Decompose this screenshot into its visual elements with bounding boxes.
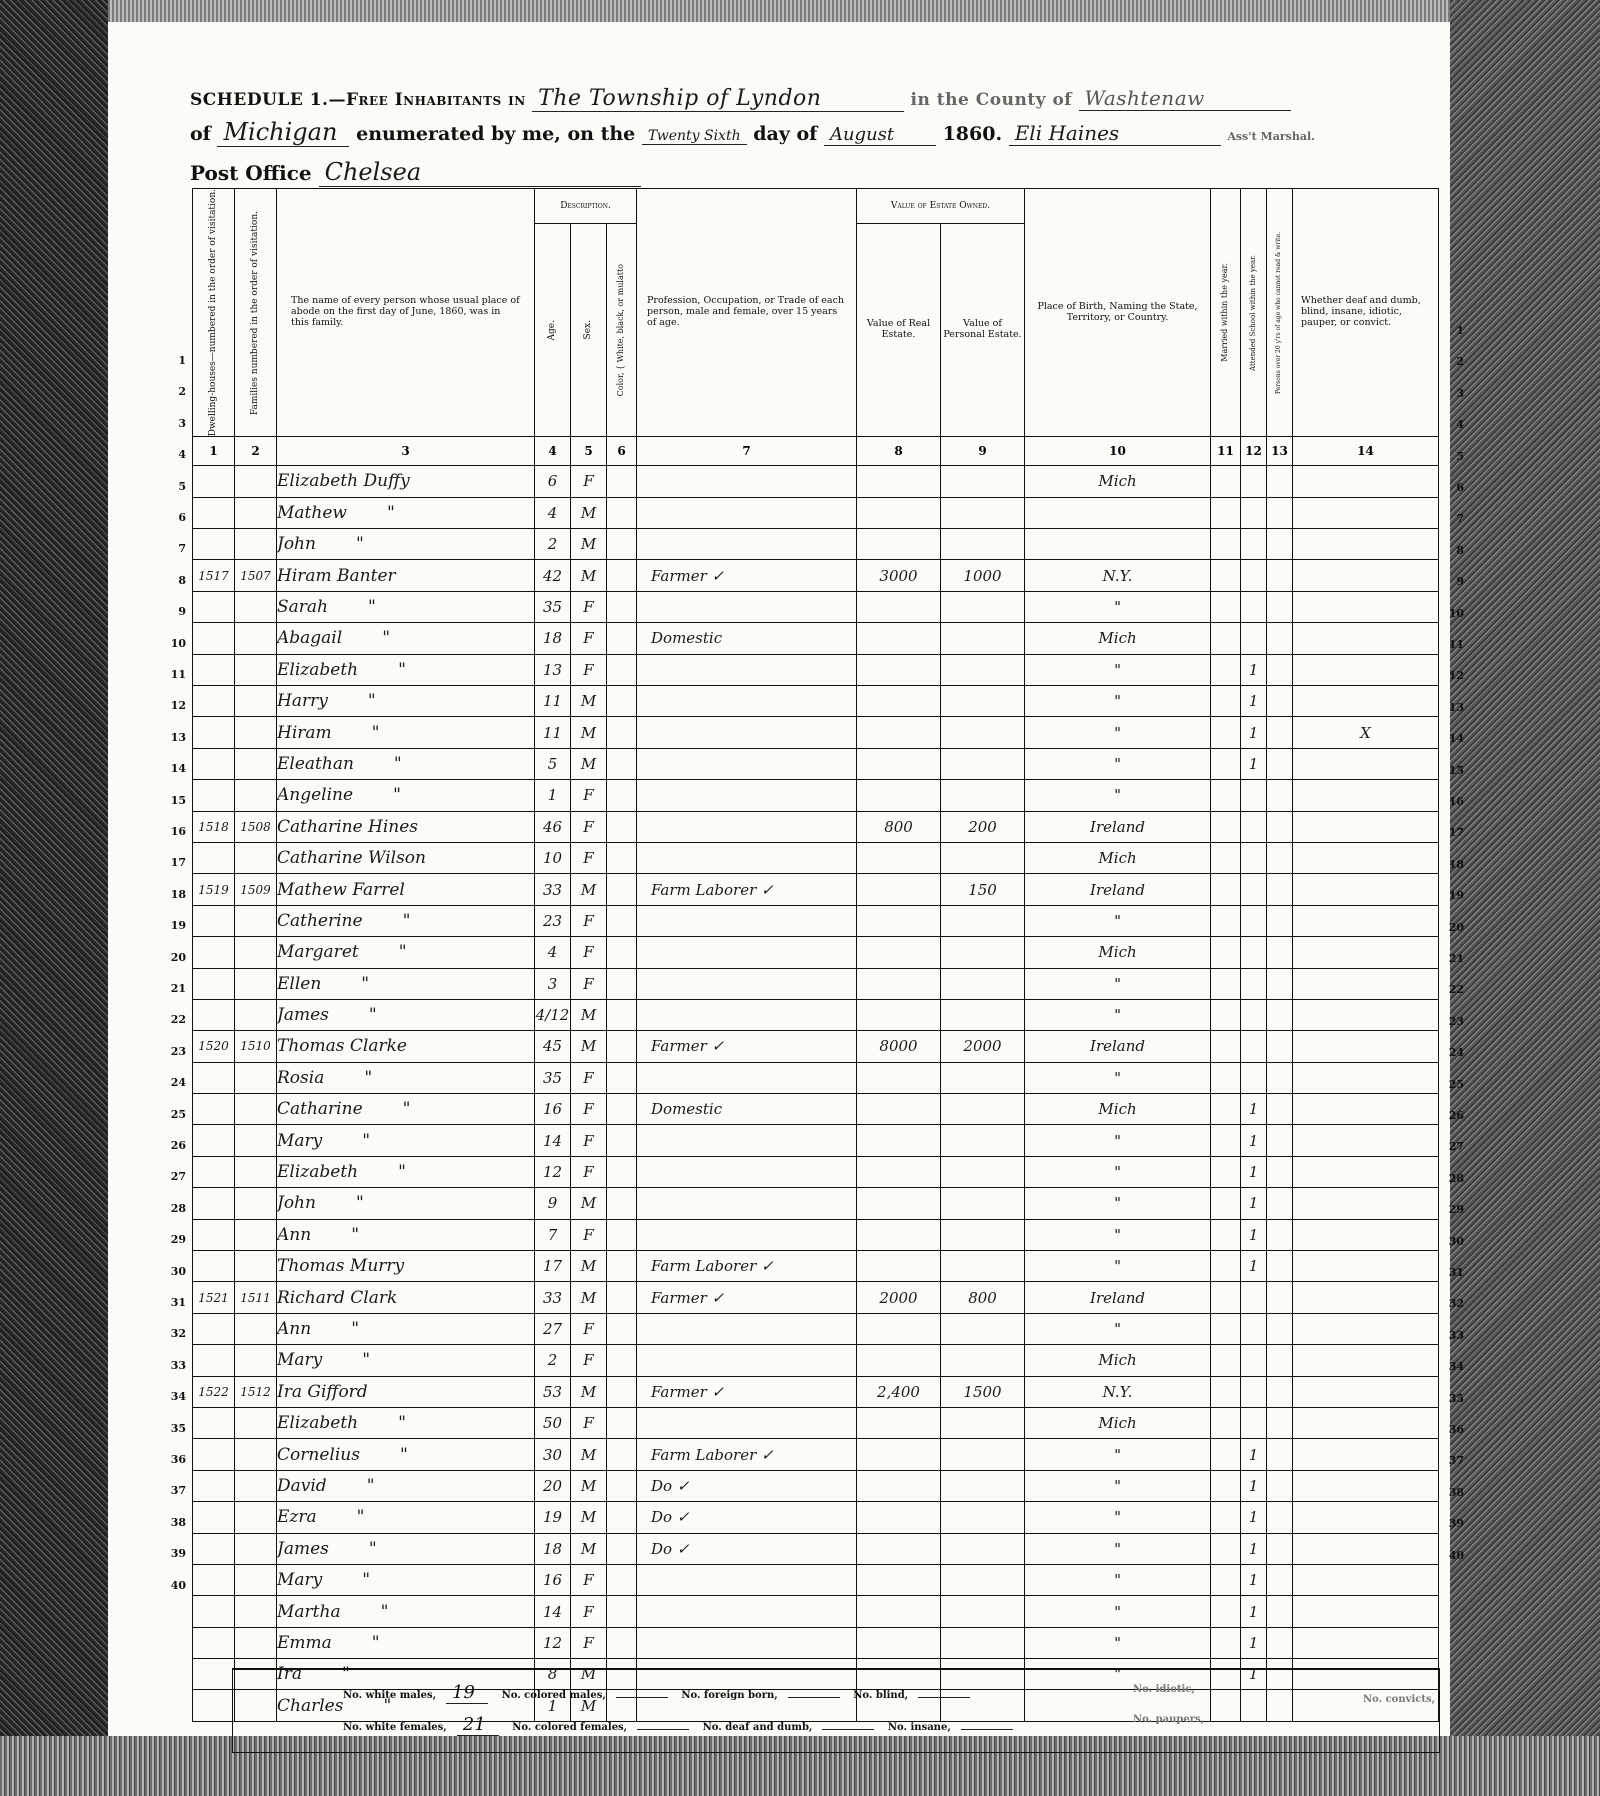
- name-text: Mary: [277, 1350, 322, 1370]
- dwelling-number: 1517: [193, 560, 235, 591]
- right-line-number: 17: [1446, 826, 1464, 839]
- family-number: [235, 1251, 277, 1282]
- color: [607, 968, 637, 999]
- real-estate-value: [857, 842, 941, 873]
- line-number: 24: [168, 1076, 186, 1089]
- name-text: Angeline: [277, 785, 353, 805]
- col-number: 13: [1267, 437, 1293, 466]
- ditto-mark: ": [364, 1068, 372, 1088]
- col-real-estate-header: Value of Real Estate.: [857, 224, 941, 437]
- right-line-number: 21: [1446, 952, 1464, 965]
- dwelling-number: [193, 1627, 235, 1658]
- disability-flag: [1293, 968, 1439, 999]
- person-name: Mary": [277, 1125, 535, 1156]
- sex: F: [571, 780, 607, 811]
- name-text: Elizabeth: [277, 1162, 358, 1182]
- dwelling-number: [193, 717, 235, 748]
- table-row: Mary"2FMich: [193, 1345, 1439, 1376]
- age: 16: [535, 1094, 571, 1125]
- married-flag: [1211, 1596, 1241, 1627]
- occupation: Farm Laborer ✓: [637, 874, 857, 905]
- disability-flag: [1293, 811, 1439, 842]
- dwelling-number: 1518: [193, 811, 235, 842]
- table-row: Ellen"3F": [193, 968, 1439, 999]
- married-flag: [1211, 968, 1241, 999]
- person-name: Ira Gifford: [277, 1376, 535, 1407]
- ditto-mark: ": [368, 597, 376, 617]
- school-flag: [1241, 874, 1267, 905]
- school-flag: 1: [1241, 1439, 1267, 1470]
- age: 30: [535, 1439, 571, 1470]
- table-row: Mathew"4M: [193, 497, 1439, 528]
- married-flag: [1211, 1439, 1241, 1470]
- occupation: [637, 1627, 857, 1658]
- right-line-number: 5: [1446, 450, 1464, 463]
- married-flag: [1211, 780, 1241, 811]
- color: [607, 937, 637, 968]
- dwelling-number: [193, 780, 235, 811]
- right-line-number: 8: [1446, 544, 1464, 557]
- person-name: Martha": [277, 1596, 535, 1627]
- enumerated-label: enumerated by me, on the: [356, 123, 635, 145]
- school-flag: [1241, 623, 1267, 654]
- col-illiterate-header: Persons over 20 y'rs of age who cannot r…: [1267, 189, 1293, 437]
- person-name: Mathew Farrel: [277, 874, 535, 905]
- illiterate-flag: [1267, 1188, 1293, 1219]
- age: 50: [535, 1407, 571, 1438]
- col-number: 1: [193, 437, 235, 466]
- name-text: Ellen: [277, 974, 321, 994]
- illiterate-flag: [1267, 1407, 1293, 1438]
- occupation: [637, 748, 857, 779]
- dwelling-number: [193, 905, 235, 936]
- right-line-number: 18: [1446, 858, 1464, 871]
- family-number: [235, 1596, 277, 1627]
- occupation: Domestic: [637, 623, 857, 654]
- insane-value: [961, 1729, 1013, 1730]
- person-name: Hiram": [277, 717, 535, 748]
- table-row: Catharine"16FDomesticMich1: [193, 1094, 1439, 1125]
- ditto-mark: ": [368, 691, 376, 711]
- school-flag: 1: [1241, 685, 1267, 716]
- personal-estate-value: [941, 1470, 1025, 1501]
- birthplace: Mich: [1025, 1407, 1211, 1438]
- real-estate-value: [857, 1345, 941, 1376]
- ditto-mark: ": [381, 1602, 389, 1622]
- married-flag: [1211, 466, 1241, 497]
- sex: M: [571, 1439, 607, 1470]
- color: [607, 654, 637, 685]
- name-text: Ezra: [277, 1507, 317, 1527]
- summary-footer: No. white males,19 No. colored males, No…: [232, 1668, 1440, 1753]
- illiterate-flag: [1267, 1470, 1293, 1501]
- table-row: Mary"14F"1: [193, 1125, 1439, 1156]
- dwelling-number: [193, 999, 235, 1030]
- ditto-mark: ": [394, 754, 402, 774]
- white-males-value: 19: [446, 1682, 488, 1704]
- colored-males-value: [616, 1697, 668, 1698]
- disability-flag: [1293, 780, 1439, 811]
- birthplace: Ireland: [1025, 1031, 1211, 1062]
- sex: F: [571, 968, 607, 999]
- name-text: Abagail: [277, 628, 342, 648]
- age: 1: [535, 780, 571, 811]
- occupation: [637, 1156, 857, 1187]
- line-number: 6: [168, 511, 186, 524]
- occupation: [637, 685, 857, 716]
- census-rows: Elizabeth Duffy6FMichMathew"4MJohn"2M151…: [193, 466, 1439, 1722]
- line-number: 33: [168, 1359, 186, 1372]
- personal-estate-value: 800: [941, 1282, 1025, 1313]
- color: [607, 874, 637, 905]
- person-name: John": [277, 1188, 535, 1219]
- right-line-number: 37: [1446, 1454, 1464, 1467]
- illiterate-flag: [1267, 1125, 1293, 1156]
- scan-border-right: [1450, 0, 1600, 1796]
- person-name: Rosia": [277, 1062, 535, 1093]
- family-number: [235, 623, 277, 654]
- family-number: [235, 1125, 277, 1156]
- birthplace: Ireland: [1025, 874, 1211, 905]
- school-flag: [1241, 905, 1267, 936]
- birthplace: N.Y.: [1025, 560, 1211, 591]
- dwelling-number: [193, 623, 235, 654]
- line-number: 16: [168, 825, 186, 838]
- name-text: Catharine Wilson: [277, 848, 426, 868]
- birthplace: Mich: [1025, 842, 1211, 873]
- col-number: 8: [857, 437, 941, 466]
- married-flag: [1211, 591, 1241, 622]
- age: 33: [535, 1282, 571, 1313]
- color: [607, 999, 637, 1030]
- age: 17: [535, 1251, 571, 1282]
- post-office-field: Chelsea: [319, 158, 641, 187]
- age: 4/12: [535, 999, 571, 1030]
- personal-estate-value: [941, 1188, 1025, 1219]
- family-number: [235, 999, 277, 1030]
- birthplace: ": [1025, 1439, 1211, 1470]
- right-line-number: 9: [1446, 575, 1464, 588]
- insane-label: No. insane,: [888, 1722, 951, 1733]
- ditto-mark: ": [367, 1476, 375, 1496]
- school-flag: 1: [1241, 1251, 1267, 1282]
- name-text: Ann: [277, 1225, 311, 1245]
- line-number: 30: [168, 1265, 186, 1278]
- sex: M: [571, 874, 607, 905]
- sex: F: [571, 466, 607, 497]
- color: [607, 811, 637, 842]
- name-text: Hiram: [277, 723, 332, 743]
- school-flag: [1241, 560, 1267, 591]
- age: 4: [535, 497, 571, 528]
- personal-estate-value: 2000: [941, 1031, 1025, 1062]
- personal-estate-value: [941, 1407, 1025, 1438]
- right-line-number: 15: [1446, 764, 1464, 777]
- illiterate-flag: [1267, 685, 1293, 716]
- real-estate-value: [857, 1156, 941, 1187]
- dwelling-number: 1522: [193, 1376, 235, 1407]
- name-text: Elizabeth: [277, 1413, 358, 1433]
- color: [607, 1313, 637, 1344]
- married-flag: [1211, 1062, 1241, 1093]
- occupation: [637, 654, 857, 685]
- name-text: Eleathan: [277, 754, 354, 774]
- family-number: 1510: [235, 1031, 277, 1062]
- personal-estate-value: [941, 1062, 1025, 1093]
- right-line-number: 2: [1446, 355, 1464, 368]
- family-number: [235, 842, 277, 873]
- state-field: Michigan: [217, 118, 349, 147]
- dwelling-number: [193, 685, 235, 716]
- age: 11: [535, 717, 571, 748]
- birthplace: [1025, 529, 1211, 560]
- birthplace: Mich: [1025, 1094, 1211, 1125]
- disability-flag: [1293, 1502, 1439, 1533]
- school-flag: 1: [1241, 1094, 1267, 1125]
- personal-estate-value: [941, 1627, 1025, 1658]
- sex: F: [571, 1564, 607, 1595]
- real-estate-value: 2,400: [857, 1376, 941, 1407]
- dwelling-number: [193, 497, 235, 528]
- ditto-mark: ": [369, 1539, 377, 1559]
- sex: M: [571, 497, 607, 528]
- real-estate-value: [857, 937, 941, 968]
- color: [607, 466, 637, 497]
- family-number: 1512: [235, 1376, 277, 1407]
- illiterate-flag: [1267, 748, 1293, 779]
- personal-estate-value: [941, 717, 1025, 748]
- name-text: Catherine: [277, 911, 363, 931]
- table-row: 15191509Mathew Farrel33MFarm Laborer ✓15…: [193, 874, 1439, 905]
- ditto-mark: ": [351, 1225, 359, 1245]
- personal-estate-value: [941, 1533, 1025, 1564]
- school-flag: 1: [1241, 717, 1267, 748]
- sex: M: [571, 717, 607, 748]
- col-number: 6: [607, 437, 637, 466]
- married-flag: [1211, 1219, 1241, 1250]
- school-flag: [1241, 968, 1267, 999]
- illiterate-flag: [1267, 717, 1293, 748]
- illiterate-flag: [1267, 623, 1293, 654]
- disability-flag: [1293, 1439, 1439, 1470]
- real-estate-value: [857, 999, 941, 1030]
- illiterate-flag: [1267, 874, 1293, 905]
- ditto-mark: ": [398, 660, 406, 680]
- school-flag: 1: [1241, 1188, 1267, 1219]
- age: 35: [535, 591, 571, 622]
- color: [607, 1125, 637, 1156]
- real-estate-value: [857, 780, 941, 811]
- illiterate-flag: [1267, 466, 1293, 497]
- person-name: Catharine Hines: [277, 811, 535, 842]
- occupation: Farmer ✓: [637, 1282, 857, 1313]
- occupation: Farmer ✓: [637, 560, 857, 591]
- right-line-number: 10: [1446, 607, 1464, 620]
- color: [607, 1345, 637, 1376]
- color: [607, 905, 637, 936]
- sex: F: [571, 1062, 607, 1093]
- illiterate-flag: [1267, 591, 1293, 622]
- name-text: Martha: [277, 1602, 341, 1622]
- family-number: [235, 685, 277, 716]
- married-flag: [1211, 1533, 1241, 1564]
- col-dwelling-header: Dwelling-houses—numbered in the order of…: [193, 189, 235, 437]
- color: [607, 1533, 637, 1564]
- occupation: Farm Laborer ✓: [637, 1439, 857, 1470]
- sex: F: [571, 1345, 607, 1376]
- disability-flag: [1293, 1470, 1439, 1501]
- table-row: Elizabeth"12F"1: [193, 1156, 1439, 1187]
- dwelling-number: [193, 1470, 235, 1501]
- schedule-header-line: SCHEDULE 1.—Free Inhabitants in The Town…: [190, 86, 1291, 112]
- school-flag: [1241, 529, 1267, 560]
- right-line-number: 33: [1446, 1329, 1464, 1342]
- table-row: 15171507Hiram Banter42MFarmer ✓30001000N…: [193, 560, 1439, 591]
- family-number: [235, 1094, 277, 1125]
- col-married-header: Married within the year.: [1211, 189, 1241, 437]
- county-field: Washtenaw: [1079, 86, 1291, 111]
- real-estate-value: [857, 1470, 941, 1501]
- age: 2: [535, 1345, 571, 1376]
- ditto-mark: ": [357, 1507, 365, 1527]
- personal-estate-value: [941, 1219, 1025, 1250]
- scan-border-top: [0, 0, 1600, 22]
- personal-estate-value: 1000: [941, 560, 1025, 591]
- married-flag: [1211, 1282, 1241, 1313]
- age: 9: [535, 1188, 571, 1219]
- real-estate-value: [857, 623, 941, 654]
- line-number: 15: [168, 794, 186, 807]
- disability-flag: [1293, 1282, 1439, 1313]
- family-number: [235, 1345, 277, 1376]
- color: [607, 1502, 637, 1533]
- birthplace: ": [1025, 1596, 1211, 1627]
- personal-estate-value: [941, 1596, 1025, 1627]
- school-flag: [1241, 466, 1267, 497]
- disability-flag: [1293, 842, 1439, 873]
- family-number: [235, 748, 277, 779]
- dwelling-number: [193, 1094, 235, 1125]
- family-number: [235, 1188, 277, 1219]
- school-flag: [1241, 1345, 1267, 1376]
- col-number: 4: [535, 437, 571, 466]
- color: [607, 1219, 637, 1250]
- line-number: 17: [168, 856, 186, 869]
- occupation: [637, 1188, 857, 1219]
- scan-border-left: [0, 0, 108, 1796]
- illiterate-flag: [1267, 1062, 1293, 1093]
- married-flag: [1211, 937, 1241, 968]
- age: 46: [535, 811, 571, 842]
- disability-flag: [1293, 1345, 1439, 1376]
- birthplace: N.Y.: [1025, 1376, 1211, 1407]
- line-number: 26: [168, 1139, 186, 1152]
- table-row: James"4/12M": [193, 999, 1439, 1030]
- state-prefix: of: [190, 123, 211, 145]
- enumerator-signature: Eli Haines: [1009, 121, 1221, 146]
- table-row: Ezra"19MDo ✓"1: [193, 1502, 1439, 1533]
- schedule-label: SCHEDULE 1.—Free Inhabitants in: [190, 90, 526, 110]
- married-flag: [1211, 748, 1241, 779]
- name-text: Harry: [277, 691, 328, 711]
- table-row: Martha"14F"1: [193, 1596, 1439, 1627]
- dwelling-number: [193, 1659, 235, 1690]
- sex: F: [571, 654, 607, 685]
- age: 12: [535, 1156, 571, 1187]
- table-row: James"18MDo ✓"1: [193, 1533, 1439, 1564]
- color: [607, 1376, 637, 1407]
- married-flag: [1211, 529, 1241, 560]
- age: 27: [535, 1313, 571, 1344]
- real-estate-value: [857, 591, 941, 622]
- disability-flag: [1293, 1533, 1439, 1564]
- color: [607, 685, 637, 716]
- line-number: 37: [168, 1484, 186, 1497]
- occupation: Do ✓: [637, 1533, 857, 1564]
- illiterate-flag: [1267, 999, 1293, 1030]
- occupation: [637, 529, 857, 560]
- ditto-mark: ": [382, 628, 390, 648]
- name-text: Mathew Farrel: [277, 880, 405, 900]
- real-estate-value: [857, 1533, 941, 1564]
- school-flag: 1: [1241, 654, 1267, 685]
- ditto-mark: ": [403, 1099, 411, 1119]
- occupation: [637, 466, 857, 497]
- table-row: Abagail"18FDomesticMich: [193, 623, 1439, 654]
- illiterate-flag: [1267, 842, 1293, 873]
- disability-flag: [1293, 1156, 1439, 1187]
- line-number: 11: [168, 668, 186, 681]
- ditto-mark: ": [361, 974, 369, 994]
- dwelling-number: [193, 1345, 235, 1376]
- illiterate-flag: [1267, 497, 1293, 528]
- age: 12: [535, 1627, 571, 1658]
- school-flag: 1: [1241, 1125, 1267, 1156]
- color: [607, 1031, 637, 1062]
- line-number: 1: [168, 354, 186, 367]
- illiterate-flag: [1267, 1094, 1293, 1125]
- right-line-number: 20: [1446, 921, 1464, 934]
- real-estate-value: 8000: [857, 1031, 941, 1062]
- age: 33: [535, 874, 571, 905]
- white-females-value: 21: [457, 1714, 499, 1736]
- age: 45: [535, 1031, 571, 1062]
- right-line-number: 1: [1446, 324, 1464, 337]
- colored-males-label: No. colored males,: [502, 1690, 606, 1701]
- sex: M: [571, 685, 607, 716]
- line-number: 34: [168, 1390, 186, 1403]
- name-text: Margaret: [277, 942, 359, 962]
- age: 18: [535, 1533, 571, 1564]
- state-line: of Michigan enumerated by me, on the Twe…: [190, 118, 1315, 147]
- birthplace: Mich: [1025, 1345, 1211, 1376]
- disability-flag: [1293, 497, 1439, 528]
- col-number: 9: [941, 437, 1025, 466]
- birthplace: ": [1025, 780, 1211, 811]
- sex: F: [571, 1094, 607, 1125]
- year: 1860.: [943, 123, 1003, 145]
- real-estate-value: [857, 1313, 941, 1344]
- birthplace: ": [1025, 748, 1211, 779]
- dwelling-number: [193, 842, 235, 873]
- married-flag: [1211, 1345, 1241, 1376]
- person-name: Mathew": [277, 497, 535, 528]
- table-row: Hiram"11M"1X: [193, 717, 1439, 748]
- line-number: 25: [168, 1108, 186, 1121]
- occupation: Domestic: [637, 1094, 857, 1125]
- dwelling-number: [193, 1596, 235, 1627]
- occupation: [637, 968, 857, 999]
